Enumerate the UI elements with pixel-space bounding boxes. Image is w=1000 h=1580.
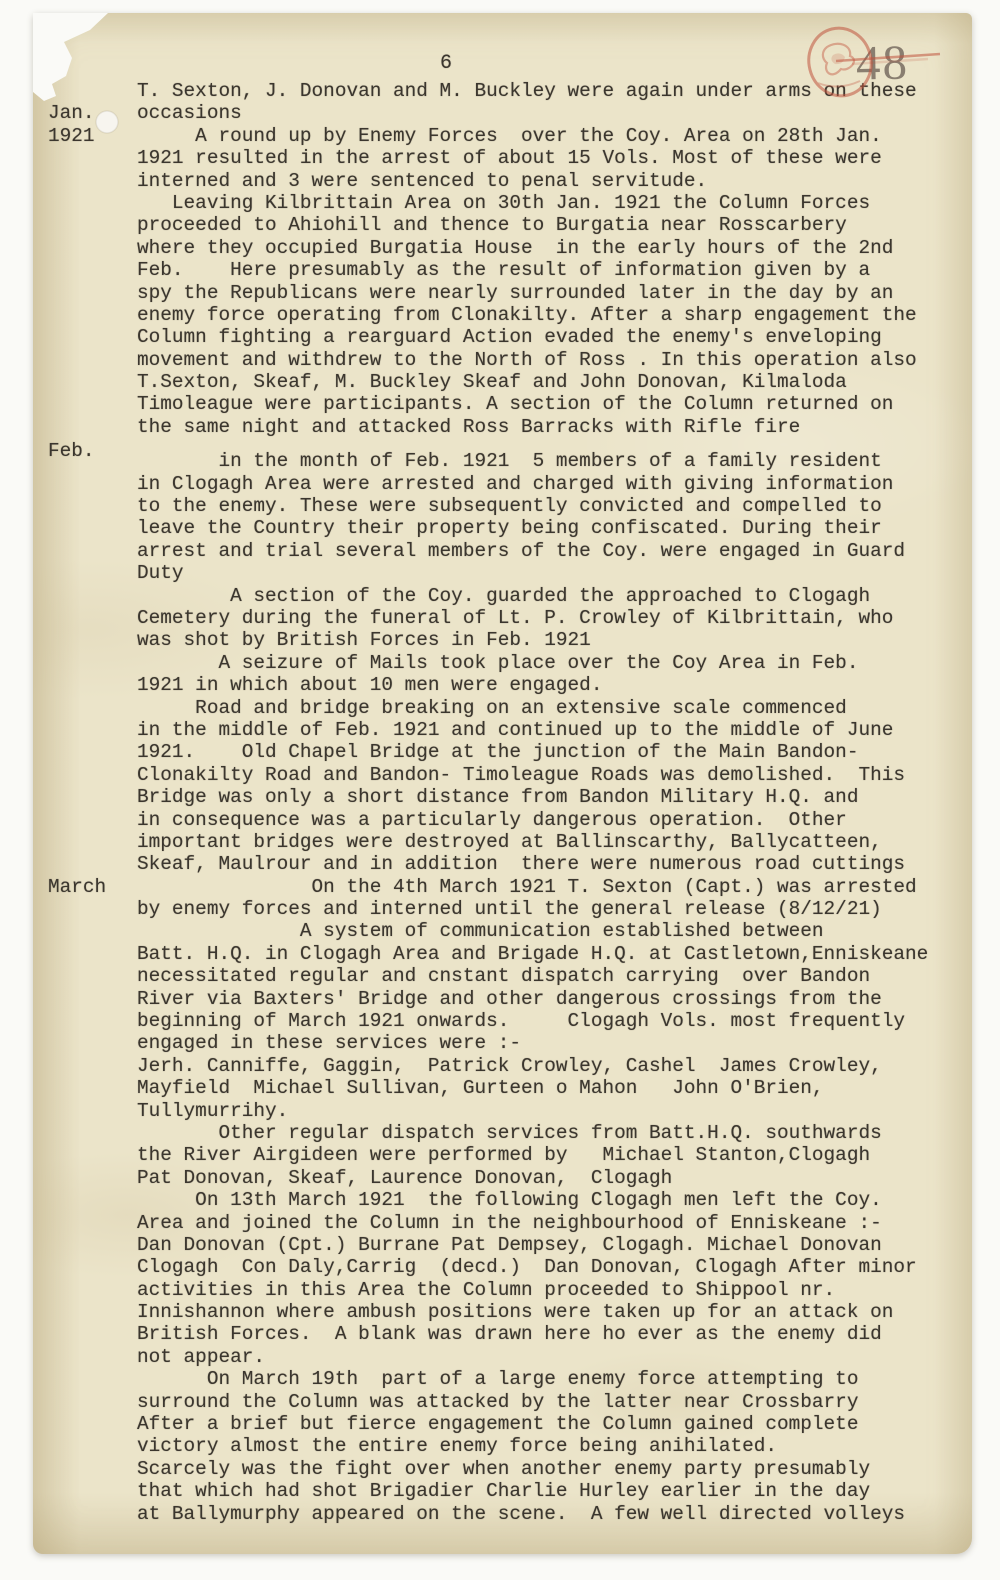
text-line: A round up by Enemy Forces over the Coy.… [137, 125, 967, 147]
text-line: Tullymurrihy. [137, 1100, 967, 1122]
text-line: in the month of Feb. 1921 5 members of a… [137, 450, 967, 472]
text-line: On 13th March 1921 the following Clogagh… [137, 1189, 967, 1211]
text-line: was shot by British Forces in Feb. 1921 [137, 629, 967, 651]
page-number: 6 [440, 52, 452, 75]
text-line: in consequence was a particularly danger… [137, 809, 967, 831]
text-line: by enemy forces and interned until the g… [137, 898, 967, 920]
text-line: occasions [137, 102, 967, 124]
text-line: Leaving Kilbrittain Area on 30th Jan. 19… [137, 192, 967, 214]
text-line: Timoleague were participants. A section … [137, 393, 967, 415]
text-line: Batt. H.Q. in Clogagh Area and Brigade H… [137, 943, 967, 965]
text-line: Mayfield Michael Sullivan, Gurteen o Mah… [137, 1077, 967, 1099]
text-line: Jerh. Canniffe, Gaggin, Patrick Crowley,… [137, 1055, 967, 1077]
text-line: surround the Column was attacked by the … [137, 1391, 967, 1413]
text-line: in Clogagh Area were arrested and charge… [137, 473, 967, 495]
text-line: activities in this Area the Column proce… [137, 1279, 967, 1301]
text-line: T. Sexton, J. Donovan and M. Buckley wer… [137, 80, 967, 102]
text-line: 1921. Old Chapel Bridge at the junction … [137, 741, 967, 763]
text-line: A seizure of Mails took place over the C… [137, 652, 967, 674]
text-line: 1921 in which about 10 men were engaged. [137, 674, 967, 696]
text-line: arrest and trial several members of the … [137, 540, 967, 562]
text-line: victory almost the entire enemy force be… [137, 1435, 967, 1457]
text-line: where they occupied Burgatia House in th… [137, 237, 967, 259]
text-line: On March 19th part of a large enemy forc… [137, 1368, 967, 1390]
text-line: 1921 resulted in the arrest of about 15 … [137, 147, 967, 169]
text-line: to the enemy. These were subsequently co… [137, 495, 967, 517]
text-line: at Ballymurphy appeared on the scene. A … [137, 1503, 967, 1525]
margin-label: March [48, 876, 106, 898]
text-line: beginning of March 1921 onwards. Clogagh… [137, 1010, 967, 1032]
text-line: important bridges were destroyed at Ball… [137, 831, 967, 853]
text-line: British Forces. A blank was drawn here h… [137, 1323, 967, 1345]
margin-label: 1921 [48, 125, 95, 147]
text-line: On the 4th March 1921 T. Sexton (Capt.) … [137, 876, 967, 898]
text-line: Other regular dispatch services from Bat… [137, 1122, 967, 1144]
text-line: A section of the Coy. guarded the approa… [137, 585, 967, 607]
text-line: movement and withdrew to the North of Ro… [137, 349, 967, 371]
text-line: Innishannon where ambush positions were … [137, 1301, 967, 1323]
text-line: the River Airgideen were performed by Mi… [137, 1144, 967, 1166]
typed-text: T. Sexton, J. Donovan and M. Buckley wer… [137, 80, 967, 1525]
text-line: River via Baxters' Bridge and other dang… [137, 988, 967, 1010]
text-line: Skeaf, Maulrour and in addition there we… [137, 853, 967, 875]
text-line: spy the Republicans were nearly surround… [137, 282, 967, 304]
text-line: Cemetery during the funeral of Lt. P. Cr… [137, 607, 967, 629]
text-line: Dan Donovan (Cpt.) Burrane Pat Dempsey, … [137, 1234, 967, 1256]
text-line: Area and joined the Column in the neighb… [137, 1212, 967, 1234]
margin-label: Jan. [48, 102, 95, 124]
text-line: that which had shot Brigadier Charlie Hu… [137, 1480, 967, 1502]
margin-label: Feb. [48, 440, 95, 462]
text-line: Bridge was only a short distance from Ba… [137, 786, 967, 808]
text-line: Clogagh Con Daly,Carrig (decd.) Dan Dono… [137, 1256, 967, 1278]
text-line: leave the Country their property being c… [137, 517, 967, 539]
text-line: Column fighting a rearguard Action evade… [137, 326, 967, 348]
text-line: After a brief but fierce engagement the … [137, 1413, 967, 1435]
text-line: Duty [137, 562, 967, 584]
text-line: Pat Donovan, Skeaf, Laurence Donovan, Cl… [137, 1167, 967, 1189]
text-line: Road and bridge breaking on an extensive… [137, 697, 967, 719]
text-line: T.Sexton, Skeaf, M. Buckley Skeaf and Jo… [137, 371, 967, 393]
text-line: Scarcely was the fight over when another… [137, 1458, 967, 1480]
document-scan: 6 48 Jan.1921Feb.March T. Sexton, J. Don… [0, 0, 1000, 1580]
text-line: enemy force operating from Clonakilty. A… [137, 304, 967, 326]
text-line: Clonakilty Road and Bandon- Timoleague R… [137, 764, 967, 786]
text-line: not appear. [137, 1346, 967, 1368]
text-line: interned and 3 were sentenced to penal s… [137, 170, 967, 192]
text-line: A system of communication established be… [137, 920, 967, 942]
text-line: the same night and attacked Ross Barrack… [137, 416, 967, 438]
text-line: in the middle of Feb. 1921 and continued… [137, 719, 967, 741]
text-line: engaged in these services were :- [137, 1032, 967, 1054]
text-line: Feb. Here presumably as the result of in… [137, 259, 967, 281]
text-line: necessitated regular and cnstant dispatc… [137, 965, 967, 987]
text-line: proceeded to Ahiohill and thence to Burg… [137, 214, 967, 236]
